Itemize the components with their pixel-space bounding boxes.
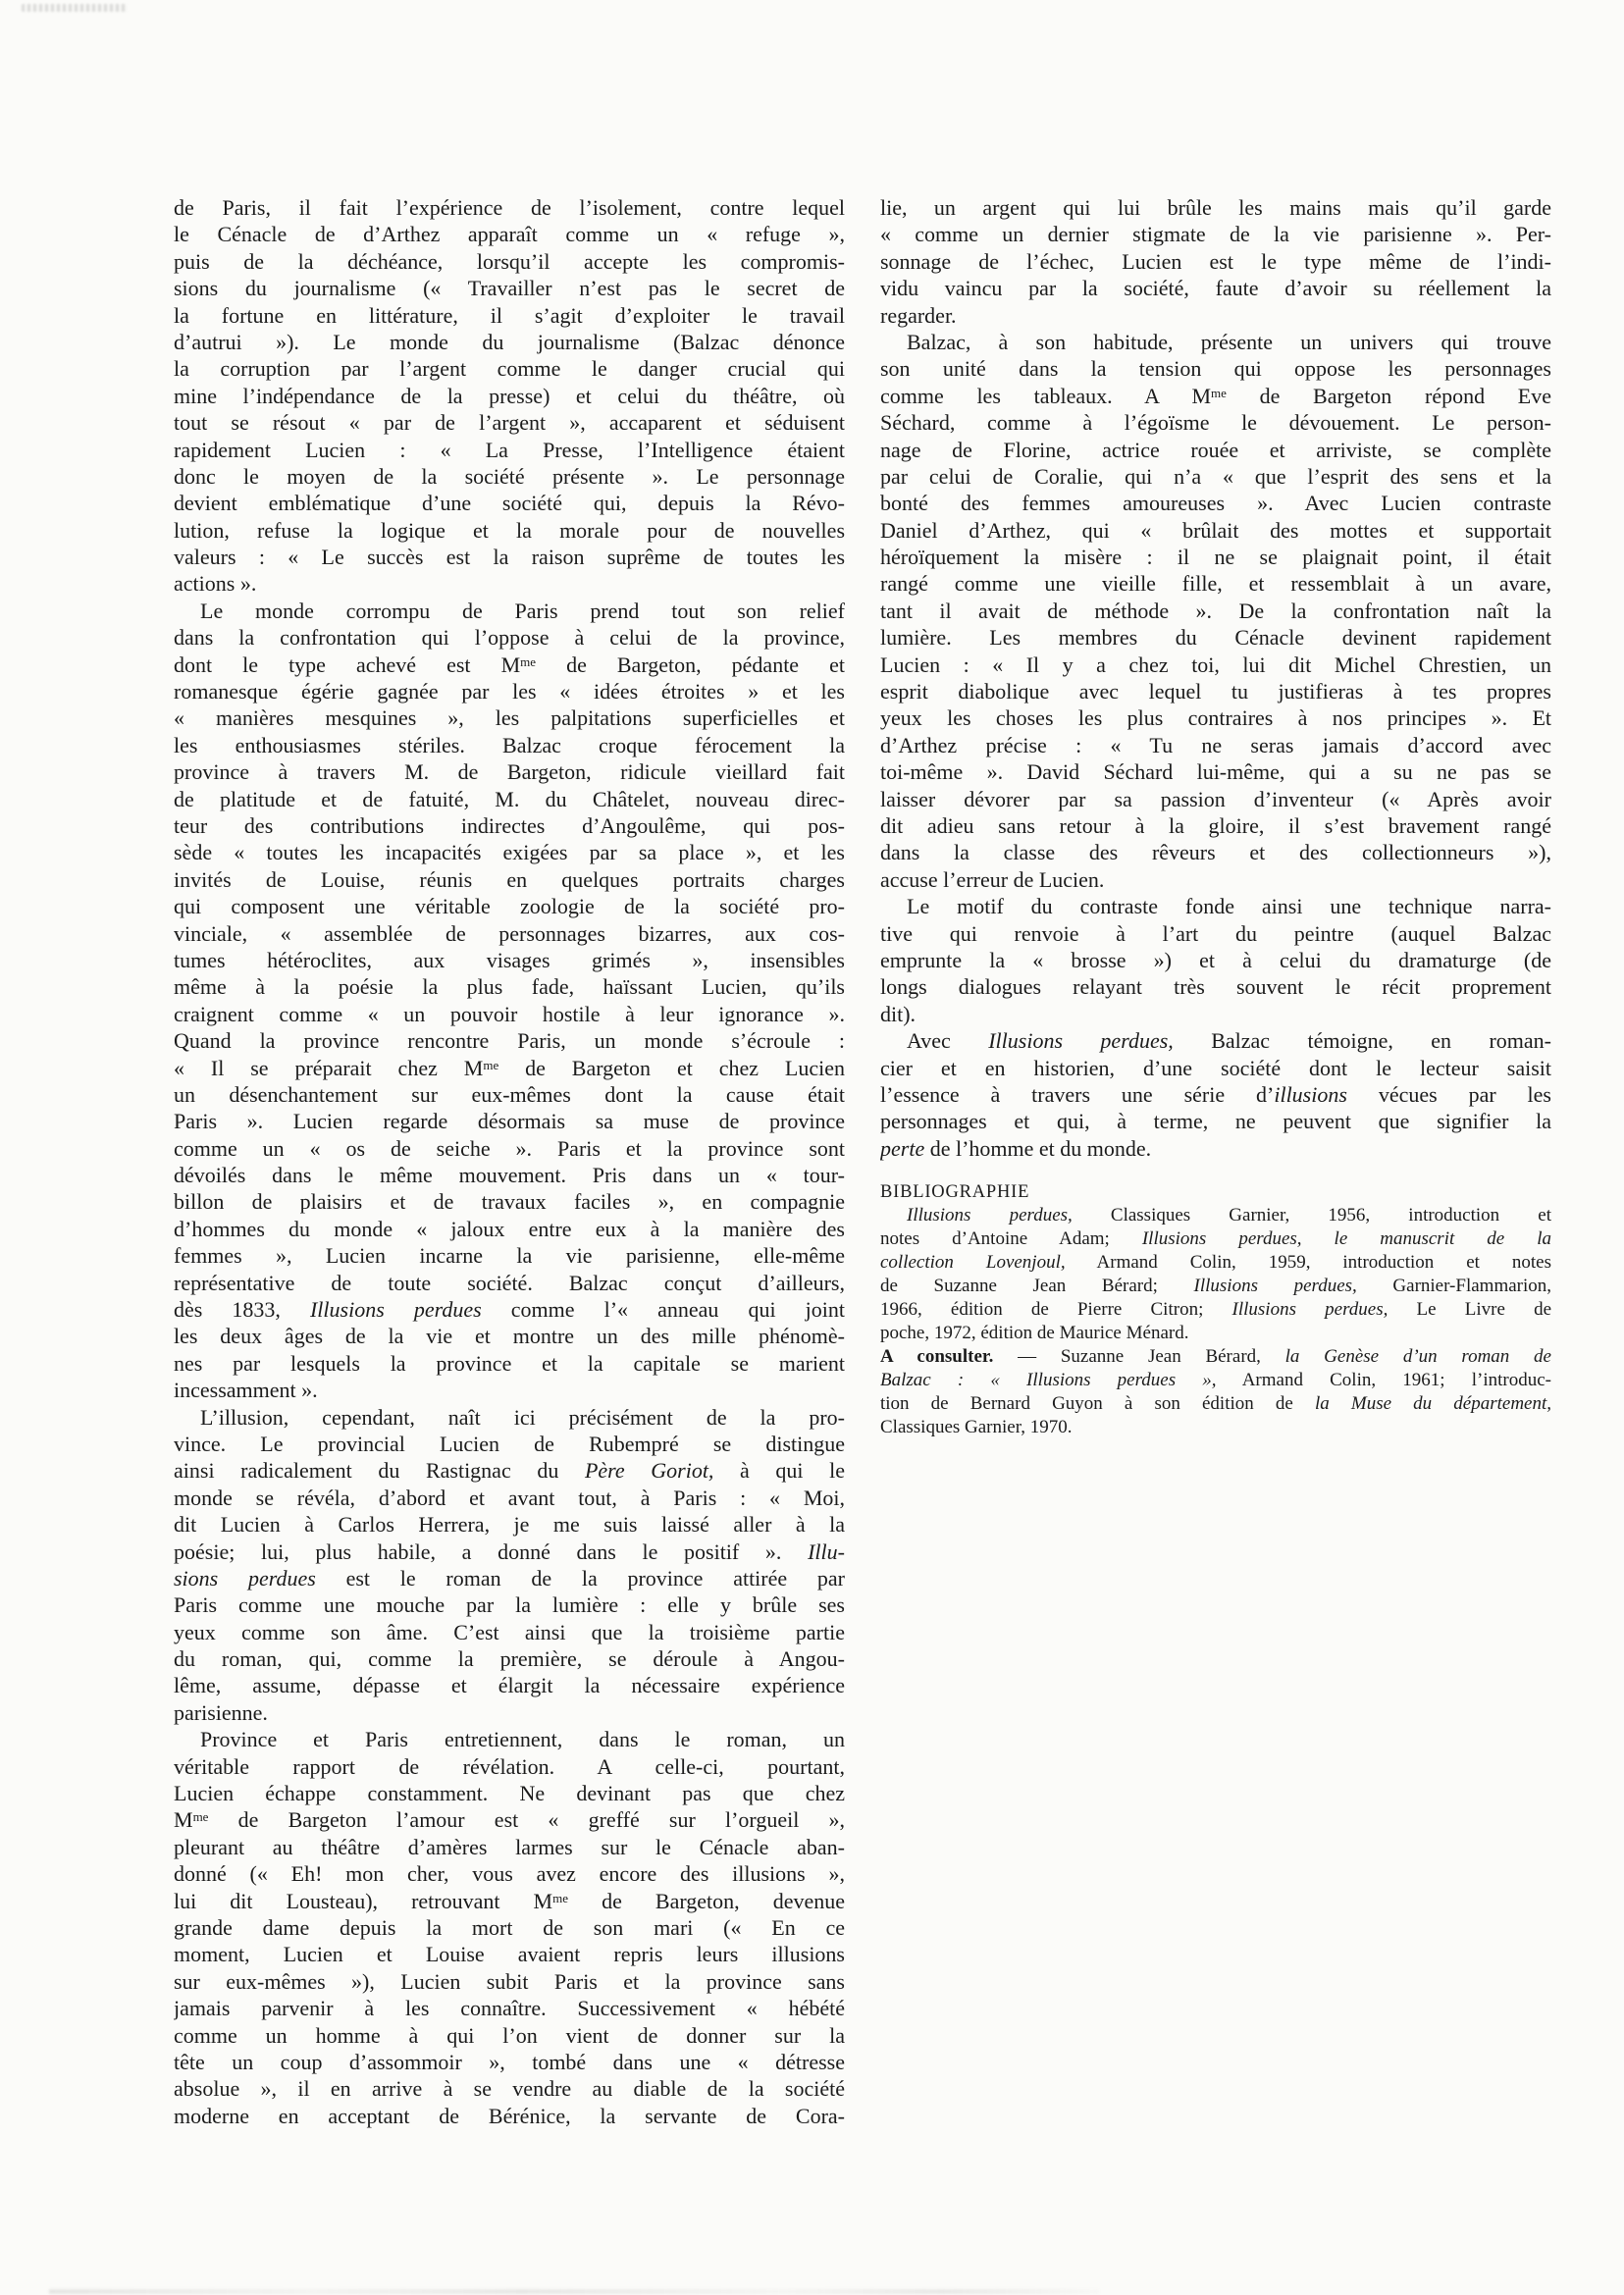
left-column-text: de Paris, il fait l’expérience de l’isol… xyxy=(174,194,845,2129)
text-line: vidu vaincu par la société, faute d’avoi… xyxy=(880,275,1551,301)
text-line: d’Arthez précise : « Tu ne seras jamais … xyxy=(880,732,1551,758)
text-line: dans la classe des rêveurs et des collec… xyxy=(880,839,1551,865)
text-line: bonté des femmes amoureuses ». Avec Luci… xyxy=(880,490,1551,516)
text-line: regarder. xyxy=(880,302,1551,329)
text-line: craignent comme « un pouvoir hostile à l… xyxy=(174,1001,845,1027)
text-line: Lucien : « Il y a chez toi, lui dit Mich… xyxy=(880,652,1551,678)
superscript-text: me xyxy=(520,654,536,669)
text-line: comme un homme à qui l’on vient de donne… xyxy=(174,2022,845,2049)
text-line: yeux les choses les plus contraires à no… xyxy=(880,704,1551,731)
text-line: Paris comme une mouche par la lumière : … xyxy=(174,1591,845,1618)
text-line: lie, un argent qui lui brûle les mains m… xyxy=(880,194,1551,221)
paragraph: de Paris, il fait l’expérience de l’isol… xyxy=(174,194,845,598)
text-line: toi-même ». David Séchard lui-même, qui … xyxy=(880,758,1551,785)
text-line: nes par lesquels la province et la capit… xyxy=(174,1350,845,1377)
text-line: emprunte la « brosse ») et à celui du dr… xyxy=(880,947,1551,973)
text-line: devient emblématique d’une société qui, … xyxy=(174,490,845,516)
text-line: dévoilés dans le même mouvement. Pris da… xyxy=(174,1162,845,1188)
paragraph: Illusions perdues, Classiques Garnier, 1… xyxy=(880,1204,1551,1345)
italic-text: Balzac : « Illusions perdues », xyxy=(880,1370,1217,1390)
text-line: même à la poésie la plus fade, haïssant … xyxy=(174,973,845,1000)
text-line: d’hommes du monde « jaloux entre eux à l… xyxy=(174,1216,845,1242)
text-line: Paris ». Lucien regarde désormais sa mus… xyxy=(174,1108,845,1134)
paragraph: Le monde corrompu de Paris prend tout so… xyxy=(174,598,845,1404)
text-line: Daniel d’Arthez, qui « brûlait des motte… xyxy=(880,517,1551,544)
text-line: teur des contributions indirectes d’Ango… xyxy=(174,812,845,839)
right-column: lie, un argent qui lui brûle les mains m… xyxy=(880,194,1551,1439)
text-line: mine l’indépendance de la presse) et cel… xyxy=(174,383,845,409)
italic-text: perte xyxy=(880,1136,924,1161)
text-line: dit). xyxy=(880,1001,1551,1027)
text-line: longs dialogues relayant très souvent le… xyxy=(880,973,1551,1000)
italic-text: illusions xyxy=(1274,1082,1347,1107)
text-line: comme un « os de seiche ». Paris et la p… xyxy=(174,1135,845,1162)
italic-text: Illusions perdues, xyxy=(1194,1276,1357,1296)
italic-text: Illusions perdues, le manuscrit de la xyxy=(1142,1228,1551,1249)
text-line: A consulter. — Suzanne Jean Bérard, la G… xyxy=(880,1345,1551,1369)
text-line: comme les tableaux. A Mme de Bargeton ré… xyxy=(880,383,1551,409)
text-line: dont le type achevé est Mme de Bargeton,… xyxy=(174,652,845,678)
text-line: qui composent une véritable zoologie de … xyxy=(174,893,845,919)
bibliography-heading: BIBLIOGRAPHIE xyxy=(880,1180,1551,1204)
text-line: Avec Illusions perdues, Balzac témoigne,… xyxy=(880,1027,1551,1054)
text-line: sions perdues est le roman de la provinc… xyxy=(174,1565,845,1591)
italic-text: collection Lovenjoul, xyxy=(880,1252,1066,1273)
text-line: romanesque égérie gagnée par les « idées… xyxy=(174,678,845,704)
text-line: accuse l’erreur de Lucien. xyxy=(880,866,1551,893)
left-column: de Paris, il fait l’expérience de l’isol… xyxy=(174,194,845,2129)
text-line: rangé comme une vieille fille, et ressem… xyxy=(880,570,1551,597)
superscript-text: me xyxy=(552,1891,568,1905)
text-line: « manières mesquines », les palpitations… xyxy=(174,704,845,731)
paragraph: Balzac, à son habitude, présente un univ… xyxy=(880,329,1551,893)
superscript-text: me xyxy=(1211,386,1227,400)
text-line: la corruption par l’argent comme le dang… xyxy=(174,355,845,382)
text-line: cier et en historien, d’une société dont… xyxy=(880,1055,1551,1081)
text-line: par celui de Coralie, qui n’a « que l’es… xyxy=(880,463,1551,490)
text-line: Quand la province rencontre Paris, un mo… xyxy=(174,1027,845,1054)
text-line: esprit diabolique avec lequel tu justifi… xyxy=(880,678,1551,704)
text-line: donc le moyen de la société présente ». … xyxy=(174,463,845,490)
text-line: le Cénacle de d’Arthez apparaît comme un… xyxy=(174,221,845,247)
text-line: yeux comme son âme. C’est ainsi que la t… xyxy=(174,1619,845,1645)
text-line: de Paris, il fait l’expérience de l’isol… xyxy=(174,194,845,221)
text-line: tumes hétéroclites, aux visages grimés »… xyxy=(174,947,845,973)
paragraph: Le motif du contraste fonde ainsi une te… xyxy=(880,893,1551,1027)
text-line: femmes », Lucien incarne la vie parisien… xyxy=(174,1242,845,1269)
paragraph: Province et Paris entretiennent, dans le… xyxy=(174,1726,845,2129)
scan-smudge-top xyxy=(22,4,128,12)
text-line: « comme un dernier stigmate de la vie pa… xyxy=(880,221,1551,247)
text-line: Le motif du contraste fonde ainsi une te… xyxy=(880,893,1551,919)
text-line: les deux âges de la vie et montre un des… xyxy=(174,1323,845,1349)
text-line: Balzac : « Illusions perdues », Armand C… xyxy=(880,1369,1551,1392)
text-line: héroïquement la misère : il ne se plaign… xyxy=(880,544,1551,570)
italic-text: Illusions perdues, xyxy=(988,1028,1174,1053)
scanned-document-page: de Paris, il fait l’expérience de l’isol… xyxy=(0,0,1624,2295)
text-line: son unité dans la tension qui oppose les… xyxy=(880,355,1551,382)
text-line: valeurs : « Le succès est la raison supr… xyxy=(174,544,845,570)
text-line: Balzac, à son habitude, présente un univ… xyxy=(880,329,1551,355)
text-line: lui dit Lousteau), retrouvant Mme de Bar… xyxy=(174,1888,845,1914)
text-line: puis de la déchéance, lorsqu’il accepte … xyxy=(174,248,845,275)
text-line: dans la confrontation qui l’oppose à cel… xyxy=(174,624,845,651)
text-line: la fortune en littérature, il s’agit d’e… xyxy=(174,302,845,329)
bibliography-section: BIBLIOGRAPHIE Illusions perdues, Classiq… xyxy=(880,1180,1551,1439)
text-line: sède « toutes les incapacités exigées pa… xyxy=(174,839,845,865)
text-line: parisienne. xyxy=(174,1699,845,1726)
text-line: moment, Lucien et Louise avaient repris … xyxy=(174,1941,845,1967)
text-line: grande dame depuis la mort de son mari (… xyxy=(174,1914,845,1941)
text-line: moderne en acceptant de Bérénice, la ser… xyxy=(174,2103,845,2129)
text-line: tout se résout « par de l’argent », acca… xyxy=(174,409,845,436)
text-line: Classiques Garnier, 1970. xyxy=(880,1416,1551,1439)
paragraph: A consulter. — Suzanne Jean Bérard, la G… xyxy=(880,1345,1551,1439)
text-line: Province et Paris entretiennent, dans le… xyxy=(174,1726,845,1752)
text-line: tion de Bernard Guyon à son édition de l… xyxy=(880,1392,1551,1416)
text-line: sions du journalisme (« Travailler n’est… xyxy=(174,275,845,301)
text-line: véritable rapport de révélation. A celle… xyxy=(174,1753,845,1780)
italic-text: la Genèse d’un roman de xyxy=(1285,1346,1551,1367)
text-line: du roman, qui, comme la première, se dér… xyxy=(174,1645,845,1672)
text-line: donné (« Eh! mon cher, vous avez encore … xyxy=(174,1860,845,1887)
text-line: un désenchantement sur eux-mêmes dont la… xyxy=(174,1081,845,1108)
text-line: Lucien échappe constamment. Ne devinant … xyxy=(174,1780,845,1806)
text-line: 1966, édition de Pierre Citron; Illusion… xyxy=(880,1298,1551,1322)
superscript-text: me xyxy=(483,1058,498,1072)
text-line: pleurant au théâtre d’amères larmes sur … xyxy=(174,1834,845,1860)
italic-text: sions perdues xyxy=(174,1566,316,1591)
text-line: dès 1833, Illusions perdues comme l’« an… xyxy=(174,1296,845,1323)
paragraph: L’illusion, cependant, naît ici précisém… xyxy=(174,1404,845,1727)
text-line: nage de Florine, actrice rouée et arrivi… xyxy=(880,437,1551,463)
italic-text: Illusions perdues, xyxy=(1232,1299,1388,1320)
text-line: personnages et qui, à terme, ne peuvent … xyxy=(880,1108,1551,1134)
text-line: L’illusion, cependant, naît ici précisém… xyxy=(174,1404,845,1431)
text-line: province à travers M. de Bargeton, ridic… xyxy=(174,758,845,785)
italic-text: Illu- xyxy=(808,1539,845,1564)
text-line: absolue », il en arrive à se vendre au d… xyxy=(174,2075,845,2102)
text-line: poche, 1972, édition de Maurice Ménard. xyxy=(880,1322,1551,1345)
text-line: « Il se préparait chez Mme de Bargeton e… xyxy=(174,1055,845,1081)
text-line: collection Lovenjoul, Armand Colin, 1959… xyxy=(880,1251,1551,1275)
text-line: l’essence à travers une série d’illusion… xyxy=(880,1081,1551,1108)
paragraph: lie, un argent qui lui brûle les mains m… xyxy=(880,194,1551,329)
text-line: tive qui renvoie à l’art du peintre (auq… xyxy=(880,920,1551,947)
text-line: lême, assume, dépasse et élargit la néce… xyxy=(174,1672,845,1698)
text-line: vinciale, « assemblée de personnages biz… xyxy=(174,920,845,947)
text-line: dit Lucien à Carlos Herrera, je me suis … xyxy=(174,1511,845,1538)
text-line: ainsi radicalement du Rastignac du Père … xyxy=(174,1457,845,1484)
text-line: perte de l’homme et du monde. xyxy=(880,1135,1551,1162)
scan-smudge-bottom xyxy=(49,2289,1099,2294)
italic-text: Illusions perdues, xyxy=(907,1205,1073,1226)
text-line: actions ». xyxy=(174,570,845,597)
text-line: tête un coup d’assommoir », tombé dans u… xyxy=(174,2049,845,2075)
italic-text: Illusions perdues xyxy=(310,1297,482,1322)
italic-text: la Muse du département, xyxy=(1315,1393,1551,1414)
text-line: incessamment ». xyxy=(174,1377,845,1403)
text-line: monde se révéla, d’abord et avant tout, … xyxy=(174,1485,845,1511)
text-line: Mme de Bargeton l’amour est « greffé sur… xyxy=(174,1806,845,1833)
text-line: rapidement Lucien : « La Presse, l’Intel… xyxy=(174,437,845,463)
text-line: vince. Le provincial Lucien de Rubempré … xyxy=(174,1431,845,1457)
paragraph: Avec Illusions perdues, Balzac témoigne,… xyxy=(880,1027,1551,1162)
text-line: tant il avait de méthode ». De la confro… xyxy=(880,598,1551,624)
superscript-text: me xyxy=(193,1809,209,1824)
text-line: de platitude et de fatuité, M. du Châtel… xyxy=(174,786,845,812)
text-line: Illusions perdues, Classiques Garnier, 1… xyxy=(880,1204,1551,1227)
text-line: représentative de toute société. Balzac … xyxy=(174,1270,845,1296)
text-line: jamais parvenir à les connaître. Success… xyxy=(174,1995,845,2021)
text-line: sonnage de l’échec, Lucien est le type m… xyxy=(880,248,1551,275)
bibliography-entries: Illusions perdues, Classiques Garnier, 1… xyxy=(880,1204,1551,1439)
text-line: de Suzanne Jean Bérard; Illusions perdue… xyxy=(880,1275,1551,1298)
text-line: lution, refuse la logique et la morale p… xyxy=(174,517,845,544)
text-line: lumière. Les membres du Cénacle devinent… xyxy=(880,624,1551,651)
text-line: sur eux-mêmes »), Lucien subit Paris et … xyxy=(174,1968,845,1995)
text-line: laisser dévorer par sa passion d’invente… xyxy=(880,786,1551,812)
text-line: d’autrui »). Le monde du journalisme (Ba… xyxy=(174,329,845,355)
text-line: Le monde corrompu de Paris prend tout so… xyxy=(174,598,845,624)
text-line: dit adieu sans retour à la gloire, il s’… xyxy=(880,812,1551,839)
right-column-text: lie, un argent qui lui brûle les mains m… xyxy=(880,194,1551,1162)
italic-text: Père Goriot, xyxy=(585,1458,714,1483)
text-line: notes d’Antoine Adam; Illusions perdues,… xyxy=(880,1227,1551,1251)
text-line: poésie; lui, plus habile, a donné dans l… xyxy=(174,1539,845,1565)
text-line: invités de Louise, réunis en quelques po… xyxy=(174,866,845,893)
bold-text: A consulter. xyxy=(880,1346,993,1367)
text-line: les enthousiasmes stériles. Balzac croqu… xyxy=(174,732,845,758)
text-line: billon de plaisirs et de travaux faciles… xyxy=(174,1188,845,1215)
text-line: Séchard, comme à l’égoïsme le dévouement… xyxy=(880,409,1551,436)
